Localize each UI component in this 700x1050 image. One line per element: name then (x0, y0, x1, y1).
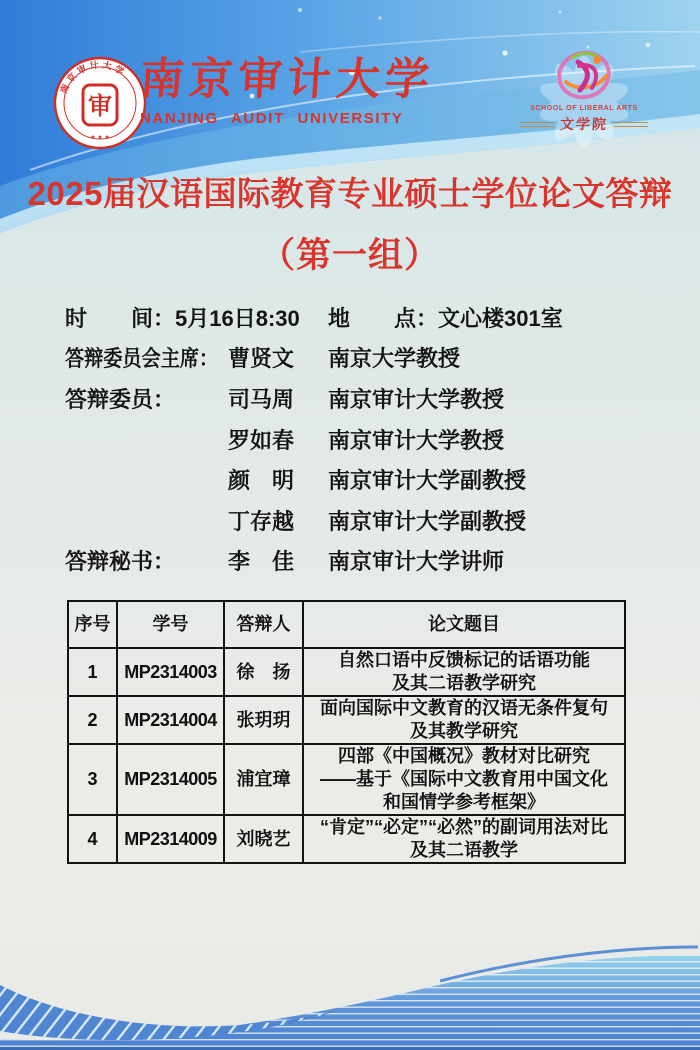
university-name-en: NANJING AUDIT UNIVERSITY (140, 110, 440, 127)
table-row: 3 MP2314005 浦宜璋 四部《中国概况》教材对比研究 ——基于《国际中文… (68, 744, 625, 815)
university-name-cn: 南京审计大学 (138, 58, 441, 102)
col-header-student-id: 学号 (117, 601, 224, 648)
poster-subtitle-group: （第一组） (0, 228, 700, 278)
cell-thesis-title: 自然口语中反馈标记的话语功能 及其二语教学研究 (303, 648, 625, 696)
chair-name: 曹贤文 (228, 342, 328, 373)
defense-announcement-poster: 南京审计大学 审 ★ ★ ★ 南京审计大学 NANJING AUDIT UNIV… (0, 0, 700, 1050)
cell-no: 4 (68, 815, 117, 863)
chair-row: 答辩委员会主席： 曹贤文 南京大学教授 (65, 338, 635, 379)
member-title: 南京审计大学副教授 (328, 505, 526, 536)
school-name-row: 文学院 (500, 114, 668, 134)
left-ornament-rule (520, 122, 554, 127)
cell-student-id: MP2314003 (117, 648, 224, 696)
members-label: 答辩委员： (65, 383, 228, 414)
secretary-name: 李 佳 (228, 545, 328, 576)
member-row: 答辩委员： 司马周 南京审计大学教授 (65, 378, 635, 419)
member-row: 罗如春 南京审计大学教授 (65, 419, 635, 460)
place-group: 地 点：文心楼301室 (328, 297, 563, 338)
member-name: 司马周 (228, 383, 328, 414)
cell-student-id: MP2314009 (117, 815, 224, 863)
place-value: 文心楼301室 (438, 302, 563, 333)
cell-defender: 徐 扬 (224, 648, 303, 696)
right-ornament-rule (614, 122, 648, 127)
member-name: 罗如春 (228, 424, 328, 455)
table-row: 2 MP2314004 张玥玥 面向国际中文教育的汉语无条件复句 及其教学研究 (68, 696, 625, 744)
cell-no: 1 (68, 648, 117, 696)
member-name: 颜 明 (228, 464, 328, 495)
member-title: 南京审计大学教授 (328, 383, 504, 414)
secretary-label: 答辩秘书： (65, 545, 228, 576)
cell-no: 3 (68, 744, 117, 815)
cell-student-id: MP2314005 (117, 744, 224, 815)
table-header-row: 序号 学号 答辩人 论文题目 (68, 601, 625, 648)
footer-wave-art (0, 935, 700, 1050)
seal-center-char: 审 (88, 92, 112, 120)
defense-info-block: 时 间：5月16日8:30 地 点：文心楼301室 答辩委员会主席： 曹贤文 南… (65, 297, 635, 581)
member-row: 颜 明 南京审计大学副教授 (65, 459, 635, 500)
chair-label: 答辩委员会主席： (65, 342, 207, 373)
university-name-block: 南京审计大学 NANJING AUDIT UNIVERSITY (140, 58, 440, 127)
school-logo-block: SCHOOL OF LIBERAL ARTS 文学院 (500, 46, 668, 134)
cell-student-id: MP2314004 (117, 696, 224, 744)
col-header-thesis-title: 论文题目 (303, 601, 625, 648)
school-name-en: SCHOOL OF LIBERAL ARTS (500, 105, 668, 112)
table-row: 1 MP2314003 徐 扬 自然口语中反馈标记的话语功能 及其二语教学研究 (68, 648, 625, 696)
university-seal-logo: 南京审计大学 审 ★ ★ ★ (52, 55, 148, 151)
secretary-row: 答辩秘书： 李 佳 南京审计大学讲师 (65, 541, 635, 582)
place-label: 地 点： (328, 302, 438, 333)
member-row: 丁存越 南京审计大学副教授 (65, 500, 635, 541)
school-name-cn: 文学院 (559, 114, 608, 134)
time-place-row: 时 间：5月16日8:30 地 点：文心楼301室 (65, 297, 635, 338)
school-emblem-icon (552, 46, 616, 104)
cell-thesis-title: 四部《中国概况》教材对比研究 ——基于《国际中文教育用中国文化 和国情学参考框架… (303, 744, 625, 815)
cell-defender: 张玥玥 (224, 696, 303, 744)
cell-thesis-title: “肯定”“必定”“必然”的副词用法对比 及其二语教学 (303, 815, 625, 863)
cell-thesis-title: 面向国际中文教育的汉语无条件复句 及其教学研究 (303, 696, 625, 744)
col-header-defender: 答辩人 (224, 601, 303, 648)
cell-no: 2 (68, 696, 117, 744)
time-value: 5月16日8:30 (175, 302, 300, 333)
chair-title: 南京大学教授 (328, 342, 460, 373)
table-row: 4 MP2314009 刘晓艺 “肯定”“必定”“必然”的副词用法对比 及其二语… (68, 815, 625, 863)
member-name: 丁存越 (228, 505, 328, 536)
time-label: 时 间： (65, 302, 175, 333)
poster-title: 2025届汉语国际教育专业硕士学位论文答辩 (0, 168, 700, 215)
cell-defender: 刘晓艺 (224, 815, 303, 863)
secretary-title: 南京审计大学讲师 (328, 545, 504, 576)
member-title: 南京审计大学教授 (328, 424, 504, 455)
member-title: 南京审计大学副教授 (328, 464, 526, 495)
col-header-no: 序号 (68, 601, 117, 648)
cell-defender: 浦宜璋 (224, 744, 303, 815)
seal-bottom-stars: ★ ★ ★ (90, 134, 109, 141)
defense-schedule-table: 序号 学号 答辩人 论文题目 1 MP2314003 徐 扬 自然口语中反馈标记… (67, 600, 626, 864)
